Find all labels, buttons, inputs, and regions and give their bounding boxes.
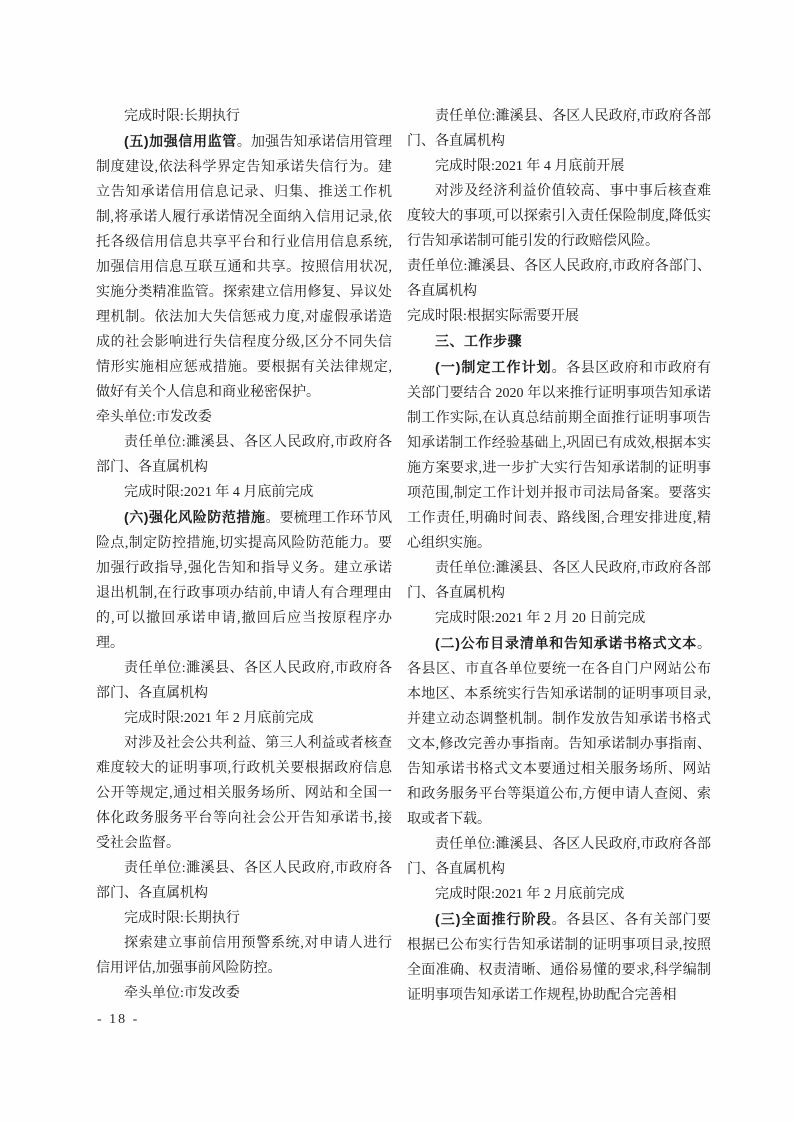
paragraph: 探索建立事前信用预警系统,对申请人进行信用评估,加强事前风险防控。 [96, 931, 392, 981]
paragraph: 责任单位:濉溪县、各区人民政府,市政府各部门、各直属机构 [96, 656, 392, 706]
paragraph: 责任单位:濉溪县、各区人民政府,市政府各部门、各直属机构 [96, 856, 392, 906]
section-heading: (三)全面推行阶段 [435, 911, 552, 927]
paragraph: 牵头单位:市发改委 [96, 405, 392, 430]
section-paragraph: 三、工作步骤 [407, 329, 711, 355]
document-page: 完成时限:长期执行(五)加强信用监管。加强告知承诺信用管理制度建设,依法科学界定… [0, 0, 793, 1122]
paragraph: 责任单位:濉溪县、各区人民政府,市政府各部门、各直属机构 [407, 832, 711, 882]
section-paragraph: (五)加强信用监管。加强告知承诺信用管理制度建设,依法科学界定告知承诺失信行为。… [96, 129, 392, 405]
paragraph: 完成时限:长期执行 [96, 906, 392, 931]
paragraph: 牵头单位:市发改委 [96, 981, 392, 1006]
section-heading: (一)制定工作计划 [435, 359, 552, 375]
text-column-left: 完成时限:长期执行(五)加强信用监管。加强告知承诺信用管理制度建设,依法科学界定… [96, 104, 392, 1006]
paragraph: 责任单位:濉溪县、各区人民政府,市政府各部门、各直属机构 [407, 254, 711, 304]
section-heading: (五)加强信用监管 [124, 133, 237, 149]
paragraph: 完成时限:2021 年 4 月底前开展 [407, 154, 711, 179]
paragraph: 对涉及社会公共利益、第三人利益或者核查难度较大的证明事项,行政机关要根据政府信息… [96, 731, 392, 856]
paragraph: 完成时限:根据实际需要开展 [407, 304, 711, 329]
paragraph: 责任单位:濉溪县、各区人民政府,市政府各部门、各直属机构 [407, 556, 711, 606]
section-heading: 三、工作步骤 [435, 333, 522, 349]
paragraph: 完成时限:长期执行 [96, 104, 392, 129]
paragraph: 责任单位:濉溪县、各区人民政府,市政府各部门、各直属机构 [407, 104, 711, 154]
section-heading: (二)公布目录清单和告知承诺书格式文本 [435, 635, 697, 651]
page-number: - 18 - [97, 1007, 139, 1032]
section-paragraph: (三)全面推行阶段。各县区、各有关部门要根据已公布实行告知承诺制的证明事项目录,… [407, 907, 711, 1008]
section-paragraph: (六)强化风险防范措施。要梳理工作环节风险点,制定防控措施,切实提高风险防范能力… [96, 505, 392, 656]
paragraph: 责任单位:濉溪县、各区人民政府,市政府各部门、各直属机构 [96, 430, 392, 480]
text-column-right: 责任单位:濉溪县、各区人民政府,市政府各部门、各直属机构完成时限:2021 年 … [407, 104, 711, 1008]
section-heading: (六)强化风险防范措施 [124, 509, 266, 525]
paragraph: 完成时限:2021 年 2 月底前完成 [96, 706, 392, 731]
section-paragraph: (二)公布目录清单和告知承诺书格式文本。各县区、市直各单位要统一在各自门户网站公… [407, 631, 711, 832]
section-paragraph: (一)制定工作计划。各县区政府和市政府有关部门要结合 2020 年以来推行证明事… [407, 355, 711, 556]
paragraph: 完成时限:2021 年 2 月底前完成 [407, 882, 711, 907]
paragraph: 对涉及经济利益价值较高、事中事后核查难度较大的事项,可以探索引入责任保险制度,降… [407, 179, 711, 254]
paragraph: 完成时限:2021 年 2 月 20 日前完成 [407, 606, 711, 631]
paragraph: 完成时限:2021 年 4 月底前完成 [96, 480, 392, 505]
